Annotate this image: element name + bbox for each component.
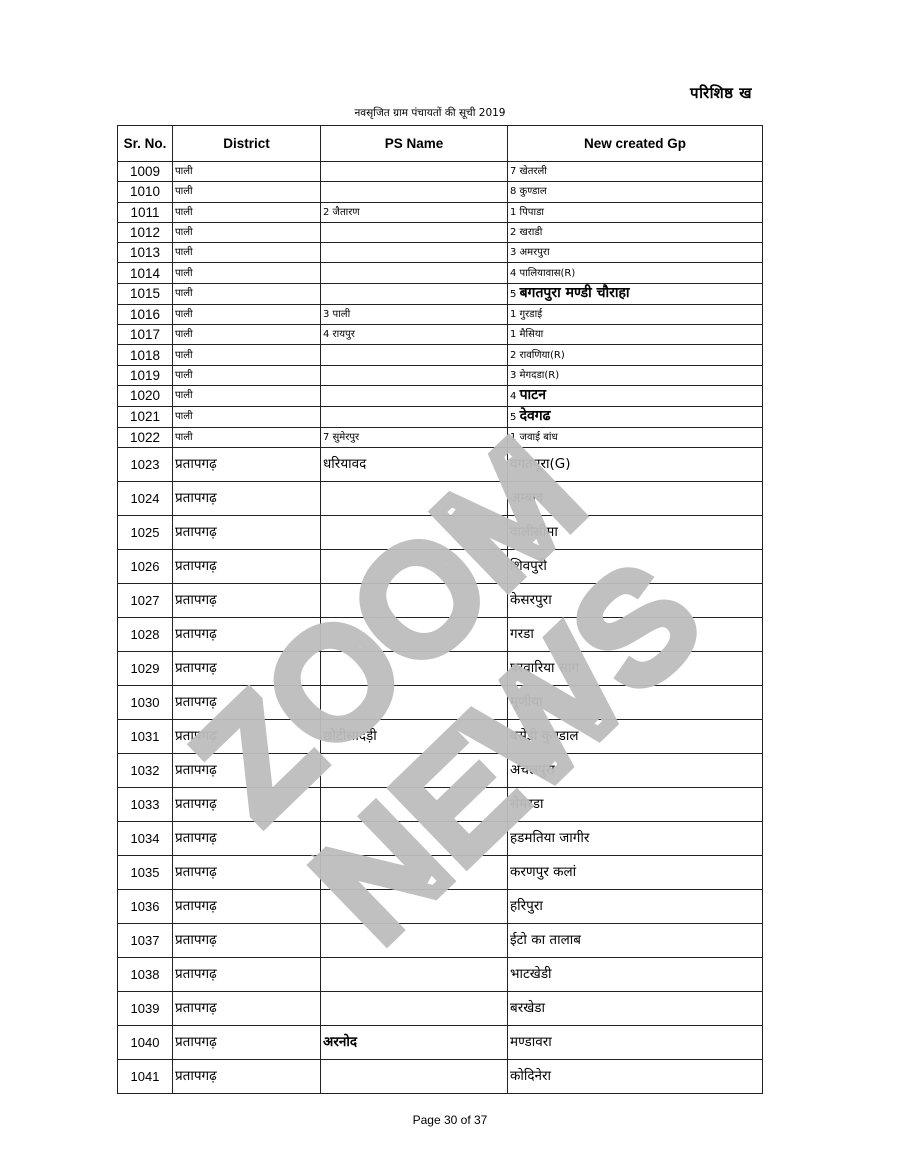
cell-new-gp: 1 पिपाडा <box>508 202 763 222</box>
cell-sr-no: 1009 <box>118 162 173 182</box>
cell-district: प्रतापगढ़ <box>173 754 321 788</box>
cell-district: पाली <box>173 202 321 222</box>
cell-new-gp: परवारिया साग <box>508 652 763 686</box>
cell-sr-no: 1024 <box>118 482 173 516</box>
cell-sr-no: 1036 <box>118 890 173 924</box>
cell-sr-no: 1014 <box>118 263 173 283</box>
cell-new-gp: सेमरडा <box>508 788 763 822</box>
cell-sr-no: 1012 <box>118 222 173 242</box>
table-row: 1041प्रतापगढ़कोदिनेरा <box>118 1060 763 1094</box>
table-row: 1014पाली4 पालियावास(R) <box>118 263 763 283</box>
cell-new-gp: शिवपुरी <box>508 550 763 584</box>
cell-ps-name <box>321 385 508 406</box>
gp-serial: 5 <box>510 289 516 300</box>
cell-district: प्रतापगढ़ <box>173 720 321 754</box>
cell-district: प्रतापगढ़ <box>173 618 321 652</box>
gp-serial: 4 <box>510 391 516 402</box>
cell-district: प्रतापगढ़ <box>173 890 321 924</box>
table-row: 1013पाली3 अमरपुरा <box>118 243 763 263</box>
table-row: 1027प्रतापगढ़केसरपुरा <box>118 584 763 618</box>
cell-district: पाली <box>173 365 321 385</box>
cell-sr-no: 1017 <box>118 325 173 345</box>
cell-new-gp: ईटो का तालाब <box>508 924 763 958</box>
cell-district: प्रतापगढ़ <box>173 856 321 890</box>
table-row: 1017पाली4 रायपुर1 मैसिया <box>118 325 763 345</box>
table-header-row: Sr. No. District PS Name New created Gp <box>118 126 763 162</box>
cell-district: पाली <box>173 162 321 182</box>
table-row: 1020पाली4 पाटन <box>118 385 763 406</box>
cell-sr-no: 1040 <box>118 1026 173 1060</box>
cell-sr-no: 1031 <box>118 720 173 754</box>
cell-sr-no: 1030 <box>118 686 173 720</box>
cell-new-gp: वालीसीमा <box>508 516 763 550</box>
page-number: Page 30 of 37 <box>0 1113 900 1127</box>
cell-sr-no: 1037 <box>118 924 173 958</box>
cell-sr-no: 1020 <box>118 385 173 406</box>
cell-new-gp: 7 खेतरली <box>508 162 763 182</box>
cell-new-gp: अचलपुरा <box>508 754 763 788</box>
cell-district: प्रतापगढ़ <box>173 516 321 550</box>
table-row: 1032प्रतापगढ़अचलपुरा <box>118 754 763 788</box>
cell-district: प्रतापगढ़ <box>173 924 321 958</box>
cell-new-gp: बसेडी कुण्डाल <box>508 720 763 754</box>
cell-ps-name <box>321 856 508 890</box>
cell-new-gp: 5 बगतपुरा मण्डी चौराहा <box>508 283 763 304</box>
appendix-label: परिशिष्ठ ख <box>690 83 752 103</box>
column-header-new-gp: New created Gp <box>508 126 763 162</box>
cell-sr-no: 1022 <box>118 427 173 447</box>
cell-new-gp: 3 मेगदडा(R) <box>508 365 763 385</box>
cell-sr-no: 1038 <box>118 958 173 992</box>
cell-ps-name <box>321 1060 508 1094</box>
cell-district: पाली <box>173 304 321 324</box>
cell-ps-name <box>321 652 508 686</box>
cell-new-gp: 1 जवाई बांध <box>508 427 763 447</box>
cell-ps-name <box>321 924 508 958</box>
cell-district: प्रतापगढ़ <box>173 584 321 618</box>
cell-ps-name: 2 जैतारण <box>321 202 508 222</box>
table-row: 1023प्रतापगढ़धरियावदवगतपूरा(G) <box>118 448 763 482</box>
cell-district: प्रतापगढ़ <box>173 1060 321 1094</box>
cell-new-gp: हरिपुरा <box>508 890 763 924</box>
cell-ps-name <box>321 584 508 618</box>
cell-district: पाली <box>173 427 321 447</box>
cell-sr-no: 1039 <box>118 992 173 1026</box>
table-row: 1030प्रतापगढ़मूणीया <box>118 686 763 720</box>
cell-new-gp: 4 पाटन <box>508 385 763 406</box>
cell-sr-no: 1035 <box>118 856 173 890</box>
cell-sr-no: 1026 <box>118 550 173 584</box>
cell-new-gp: 1 मैसिया <box>508 325 763 345</box>
cell-ps-name <box>321 345 508 365</box>
table-row: 1035प्रतापगढ़करणपुर कलां <box>118 856 763 890</box>
cell-ps-name: 3 पाली <box>321 304 508 324</box>
cell-sr-no: 1027 <box>118 584 173 618</box>
cell-ps-name: धरियावद <box>321 448 508 482</box>
table-row: 1022पाली7 सुमेरपुर1 जवाई बांध <box>118 427 763 447</box>
cell-sr-no: 1013 <box>118 243 173 263</box>
cell-ps-name: अरनोद <box>321 1026 508 1060</box>
cell-sr-no: 1015 <box>118 283 173 304</box>
cell-ps-name <box>321 992 508 1026</box>
cell-district: पाली <box>173 345 321 365</box>
document-subtitle: नवसृजित ग्राम पंचायतों की सूची 2019 <box>0 106 900 120</box>
table-row: 1009पाली7 खेतरली <box>118 162 763 182</box>
cell-ps-name <box>321 788 508 822</box>
cell-ps-name <box>321 550 508 584</box>
cell-district: प्रतापगढ़ <box>173 992 321 1026</box>
cell-district: पाली <box>173 182 321 202</box>
table-row: 1018पाली2 रावणिया(R) <box>118 345 763 365</box>
cell-ps-name <box>321 182 508 202</box>
cell-new-gp: कोदिनेरा <box>508 1060 763 1094</box>
gp-name: देवगढ <box>520 408 551 424</box>
cell-district: प्रतापगढ़ <box>173 788 321 822</box>
cell-ps-name <box>321 365 508 385</box>
cell-sr-no: 1021 <box>118 406 173 427</box>
table-row: 1034प्रतापगढ़हडमतिया जागीर <box>118 822 763 856</box>
table-row: 1037प्रतापगढ़ईटो का तालाब <box>118 924 763 958</box>
cell-district: प्रतापगढ़ <box>173 1026 321 1060</box>
cell-ps-name <box>321 406 508 427</box>
table-row: 1029प्रतापगढ़परवारिया साग <box>118 652 763 686</box>
table-row: 1038प्रतापगढ़भाटखेडी <box>118 958 763 992</box>
cell-ps-name <box>321 162 508 182</box>
cell-ps-name: 4 रायपुर <box>321 325 508 345</box>
cell-district: पाली <box>173 406 321 427</box>
cell-ps-name <box>321 618 508 652</box>
cell-district: पाली <box>173 222 321 242</box>
cell-sr-no: 1023 <box>118 448 173 482</box>
table-row: 1015पाली5 बगतपुरा मण्डी चौराहा <box>118 283 763 304</box>
cell-new-gp: गरडा <box>508 618 763 652</box>
column-header-district: District <box>173 126 321 162</box>
cell-new-gp: मण्डावरा <box>508 1026 763 1060</box>
cell-district: पाली <box>173 283 321 304</box>
table-row: 1012पाली2 खराडी <box>118 222 763 242</box>
column-header-ps-name: PS Name <box>321 126 508 162</box>
cell-sr-no: 1018 <box>118 345 173 365</box>
gram-panchayat-table: Sr. No. District PS Name New created Gp … <box>117 125 763 1094</box>
cell-sr-no: 1032 <box>118 754 173 788</box>
cell-district: प्रतापगढ़ <box>173 822 321 856</box>
cell-ps-name <box>321 754 508 788</box>
column-header-sr-no: Sr. No. <box>118 126 173 162</box>
cell-district: पाली <box>173 325 321 345</box>
cell-ps-name <box>321 482 508 516</box>
table-row: 1024प्रतापगढ़अम्बाव <box>118 482 763 516</box>
cell-sr-no: 1033 <box>118 788 173 822</box>
cell-sr-no: 1034 <box>118 822 173 856</box>
cell-ps-name <box>321 263 508 283</box>
cell-district: पाली <box>173 385 321 406</box>
cell-new-gp: केसरपुरा <box>508 584 763 618</box>
table-row: 1033प्रतापगढ़सेमरडा <box>118 788 763 822</box>
cell-sr-no: 1028 <box>118 618 173 652</box>
cell-sr-no: 1010 <box>118 182 173 202</box>
table-row: 1019पाली3 मेगदडा(R) <box>118 365 763 385</box>
cell-ps-name: छोटीसादड़ी <box>321 720 508 754</box>
cell-sr-no: 1029 <box>118 652 173 686</box>
gp-name: बगतपुरा मण्डी चौराहा <box>520 285 630 301</box>
cell-new-gp: अम्बाव <box>508 482 763 516</box>
cell-new-gp: वगतपूरा(G) <box>508 448 763 482</box>
cell-sr-no: 1041 <box>118 1060 173 1094</box>
table-row: 1011पाली2 जैतारण1 पिपाडा <box>118 202 763 222</box>
cell-new-gp: 4 पालियावास(R) <box>508 263 763 283</box>
gp-serial: 5 <box>510 412 516 423</box>
cell-district: प्रतापगढ़ <box>173 550 321 584</box>
cell-new-gp: 2 रावणिया(R) <box>508 345 763 365</box>
cell-sr-no: 1011 <box>118 202 173 222</box>
table-row: 1016पाली3 पाली1 गुरडाई <box>118 304 763 324</box>
cell-sr-no: 1016 <box>118 304 173 324</box>
cell-ps-name: 7 सुमेरपुर <box>321 427 508 447</box>
table-row: 1031प्रतापगढ़छोटीसादड़ीबसेडी कुण्डाल <box>118 720 763 754</box>
cell-ps-name <box>321 243 508 263</box>
cell-new-gp: करणपुर कलां <box>508 856 763 890</box>
table-row: 1025प्रतापगढ़वालीसीमा <box>118 516 763 550</box>
cell-ps-name <box>321 222 508 242</box>
table-row: 1040प्रतापगढ़अरनोदमण्डावरा <box>118 1026 763 1060</box>
cell-new-gp: मूणीया <box>508 686 763 720</box>
cell-new-gp: बरखेडा <box>508 992 763 1026</box>
cell-new-gp: 3 अमरपुरा <box>508 243 763 263</box>
table-row: 1028प्रतापगढ़गरडा <box>118 618 763 652</box>
cell-new-gp: हडमतिया जागीर <box>508 822 763 856</box>
cell-new-gp: 5 देवगढ <box>508 406 763 427</box>
table-row: 1039प्रतापगढ़बरखेडा <box>118 992 763 1026</box>
subtitle-text: नवसृजित ग्राम पंचायतों की सूची 2019 <box>354 106 505 120</box>
cell-sr-no: 1025 <box>118 516 173 550</box>
cell-ps-name <box>321 822 508 856</box>
cell-district: प्रतापगढ़ <box>173 448 321 482</box>
cell-ps-name <box>321 283 508 304</box>
table-row: 1036प्रतापगढ़हरिपुरा <box>118 890 763 924</box>
table-body: 1009पाली7 खेतरली1010पाली8 कुण्डाल1011पाल… <box>118 162 763 1094</box>
gp-name: पाटन <box>520 387 546 403</box>
table-row: 1021पाली5 देवगढ <box>118 406 763 427</box>
cell-district: पाली <box>173 263 321 283</box>
cell-district: प्रतापगढ़ <box>173 652 321 686</box>
cell-sr-no: 1019 <box>118 365 173 385</box>
cell-new-gp: 2 खराडी <box>508 222 763 242</box>
cell-new-gp: भाटखेडी <box>508 958 763 992</box>
cell-district: प्रतापगढ़ <box>173 686 321 720</box>
cell-ps-name <box>321 516 508 550</box>
cell-district: पाली <box>173 243 321 263</box>
cell-ps-name <box>321 890 508 924</box>
table-row: 1026प्रतापगढ़शिवपुरी <box>118 550 763 584</box>
cell-ps-name <box>321 686 508 720</box>
cell-ps-name <box>321 958 508 992</box>
cell-new-gp: 1 गुरडाई <box>508 304 763 324</box>
cell-new-gp: 8 कुण्डाल <box>508 182 763 202</box>
cell-district: प्रतापगढ़ <box>173 482 321 516</box>
cell-district: प्रतापगढ़ <box>173 958 321 992</box>
table-row: 1010पाली8 कुण्डाल <box>118 182 763 202</box>
